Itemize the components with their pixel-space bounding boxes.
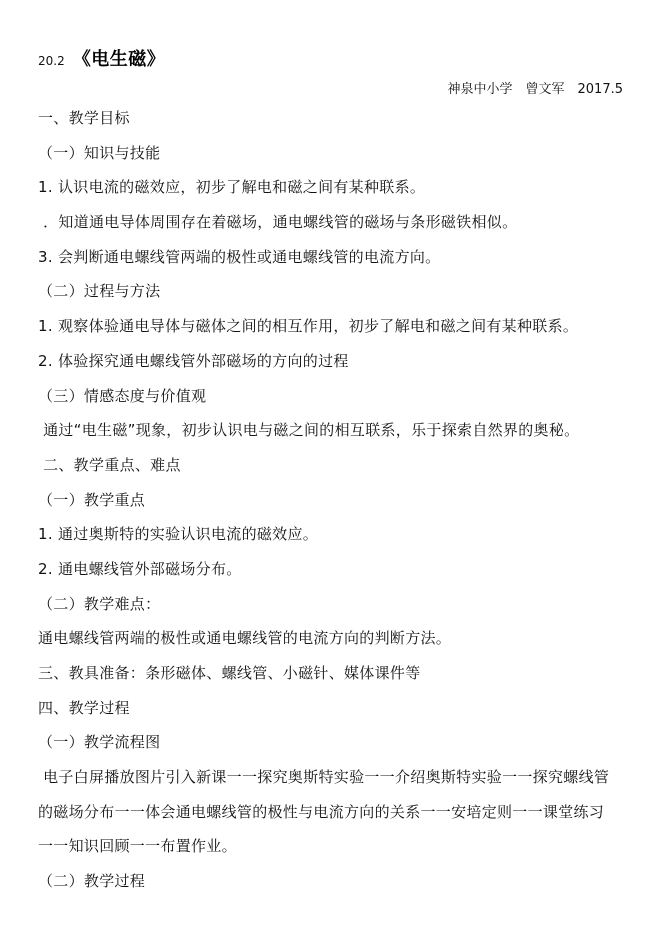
doc-line: （二）过程与方法: [38, 274, 623, 309]
doc-line: 电子白屏播放图片引入新课一一探究奥斯特实验一一介绍奥斯特实验一一探究螺线管: [38, 760, 623, 795]
doc-line: （一）知识与技能: [38, 136, 623, 171]
doc-line: ．知道通电导体周围存在着磁场，通电螺线管的磁场与条形磁铁相似。: [38, 205, 623, 240]
doc-line: （二）教学难点：: [38, 587, 623, 622]
doc-line: 通电螺线管两端的极性或通电螺线管的电流方向的判断方法。: [38, 621, 623, 656]
doc-line: 1. 认识电流的磁效应，初步了解电和磁之间有某种联系。: [38, 170, 623, 205]
doc-line: 2. 体验探究通电螺线管外部磁场的方向的过程: [38, 344, 623, 379]
doc-line: 一一知识回顾一一布置作业。: [38, 829, 623, 864]
doc-line: 通过“电生磁”现象，初步认识电与磁之间的相互联系，乐于探索自然界的奥秘。: [38, 413, 623, 448]
document-body: 一、教学目标（一）知识与技能1. 认识电流的磁效应，初步了解电和磁之间有某种联系…: [38, 101, 623, 899]
doc-line: 四、教学过程: [38, 691, 623, 726]
doc-line: 1. 观察体验通电导体与磁体之间的相互作用，初步了解电和磁之间有某种联系。: [38, 309, 623, 344]
document-page: 20.2 《电生磁》 神泉中小学 曾文军 2017.5 一、教学目标（一）知识与…: [0, 0, 661, 935]
document-title: 20.2 《电生磁》: [38, 45, 623, 67]
doc-line: 三、教具准备：条形磁体、螺线管、小磁针、媒体课件等: [38, 656, 623, 691]
lesson-number: 20.2: [38, 54, 65, 68]
doc-line: （一）教学流程图: [38, 725, 623, 760]
doc-line: 2. 通电螺线管外部磁场分布。: [38, 552, 623, 587]
doc-line: 3. 会判断通电螺线管两端的极性或通电螺线管的电流方向。: [38, 240, 623, 275]
doc-line: （一）教学重点: [38, 483, 623, 518]
doc-line: （二）教学过程: [38, 864, 623, 899]
doc-line: 一、教学目标: [38, 101, 623, 136]
lesson-title: 《电生磁》: [73, 45, 166, 71]
doc-line: （三）情感态度与价值观: [38, 379, 623, 414]
doc-line: 的磁场分布一一体会通电螺线管的极性与电流方向的关系一一安培定则一一课堂练习: [38, 795, 623, 830]
doc-line: 二、教学重点、难点: [38, 448, 623, 483]
byline: 神泉中小学 曾文军 2017.5: [38, 78, 623, 95]
doc-line: 1. 通过奥斯特的实验认识电流的磁效应。: [38, 517, 623, 552]
